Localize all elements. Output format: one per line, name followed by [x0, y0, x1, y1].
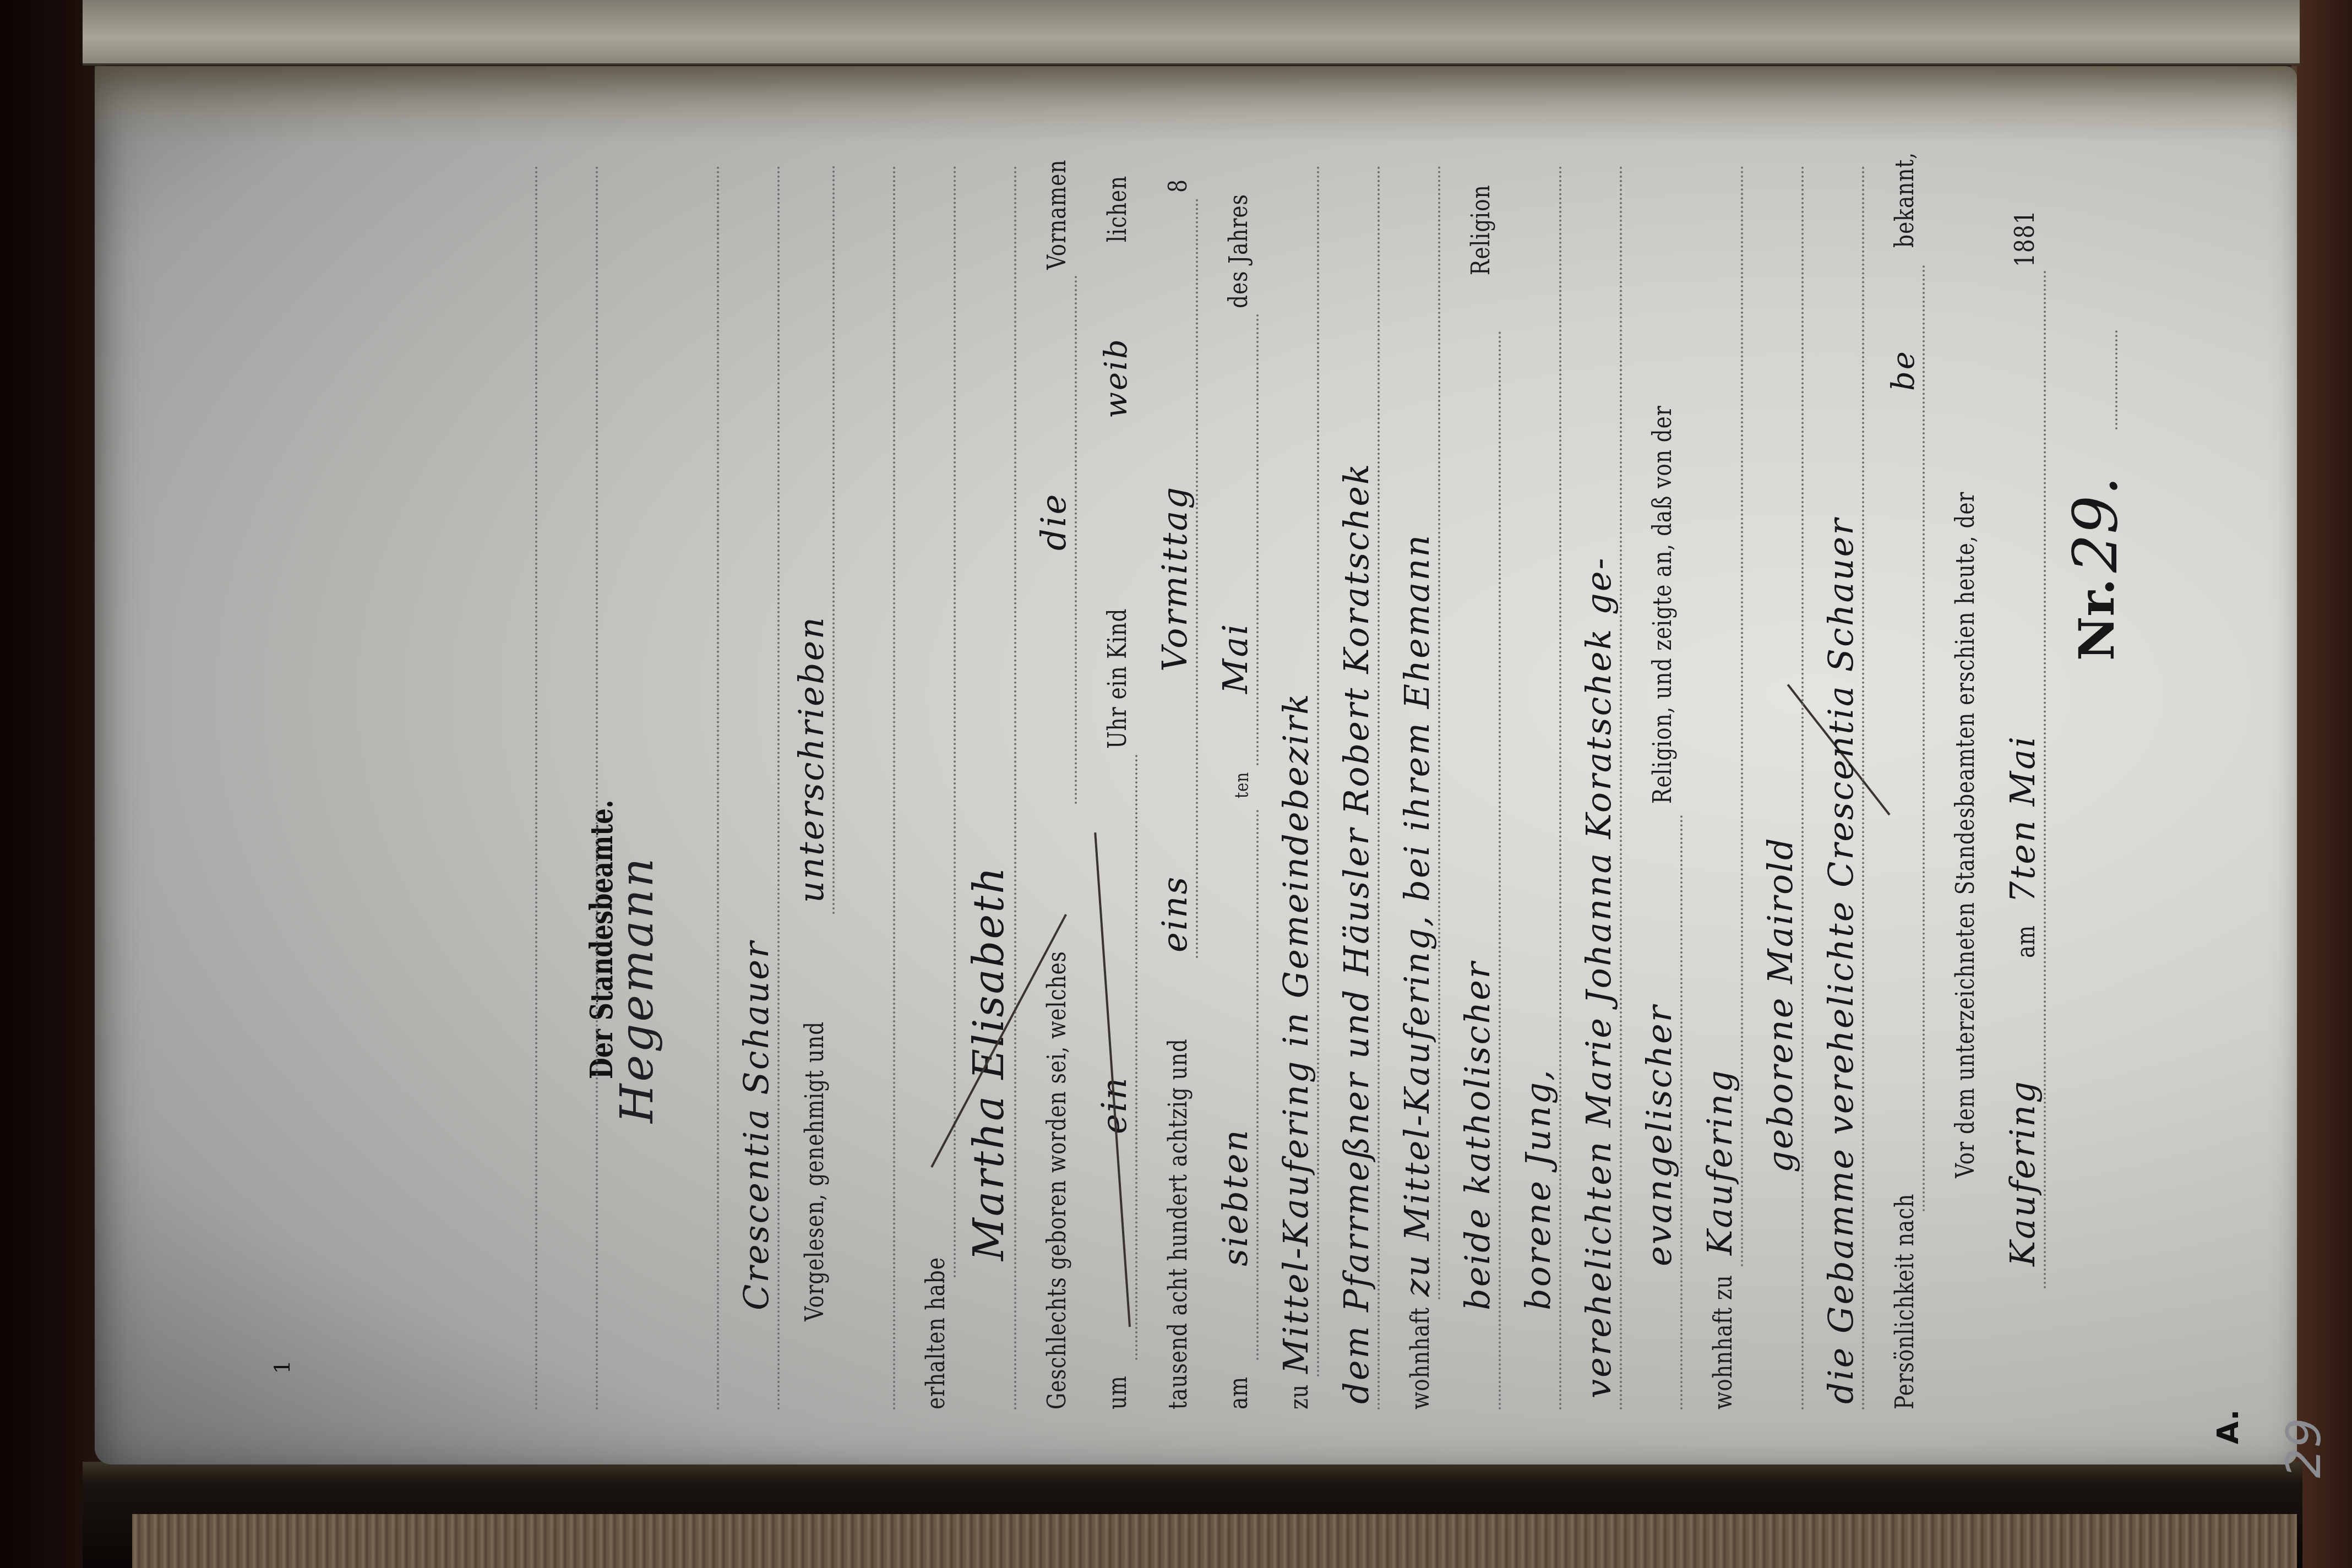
- dotted-line: [1559, 165, 1561, 1409]
- dotted-line: [1256, 314, 1259, 765]
- intro-text: Vor dem unterzeichneten Standesbeamten e…: [1950, 492, 1980, 1178]
- identity-label: Persönlichkeit nach: [1890, 1194, 1919, 1409]
- am-label: am: [1223, 1376, 1253, 1409]
- birth-time-row: um ein Uhr ein Kind weib lichen: [1090, 143, 1145, 1409]
- dotted-line: [1741, 165, 1743, 1266]
- closing-text: Vorgelesen, genehmigt und: [799, 1021, 829, 1321]
- facing-page: [83, 0, 2300, 66]
- date-field: 7ten Mai: [2002, 735, 2043, 903]
- year-field: 1881: [2010, 210, 2040, 267]
- place-field: Kaufering: [2002, 1080, 2043, 1266]
- sex-row: Geschlechts geboren worden sei, welches …: [1030, 143, 1085, 1409]
- dotted-line: [777, 165, 780, 1409]
- child-name-row: Martha Elisabeth: [969, 143, 1024, 1409]
- received-label: erhalten habe: [921, 1257, 950, 1409]
- dotted-line: [832, 165, 835, 914]
- entry-number-value: 29.: [2060, 476, 2131, 573]
- informant-signature-row: Crescentia Schauer: [732, 143, 787, 1409]
- birth-year-suffix: eins: [1155, 875, 1195, 952]
- entry-number-row: Nr. 29.: [2070, 143, 2125, 1409]
- informant-row: die Gebamme verehelichte Crescentia Scha…: [1817, 143, 1872, 1409]
- mother-maiden-row: borene Jung,: [1514, 143, 1569, 1409]
- child-name: Martha Elisabeth: [964, 865, 1013, 1261]
- known-label: bekannt,: [1890, 152, 1919, 248]
- identity-row: Persönlichkeit nach be bekannt,: [1877, 143, 1932, 1409]
- signed-field: unterschrieben: [791, 616, 831, 903]
- dotted-line: [1499, 330, 1501, 1409]
- dotted-line: [893, 165, 895, 1409]
- religion-row: evangelischer Religion, und zeigte an, d…: [1635, 143, 1690, 1409]
- gender-field: weib: [1098, 337, 1134, 418]
- residence-row: wohnhaft zu Kaufering: [1696, 143, 1751, 1409]
- child-label: Uhr ein Kind: [1102, 608, 1132, 749]
- book-cover-left: [0, 0, 105, 1568]
- informant-field: die Gebamme verehelichte Crescentia Scha…: [1821, 517, 1861, 1404]
- mother-row: verehelichten Marie Johanna Koratschek g…: [1575, 143, 1630, 1409]
- dotted-line: [1862, 165, 1864, 1409]
- year-label: des Jahres: [1223, 194, 1253, 308]
- register-entry: Nr. 29. Kaufering am 7ten Mai 1881 Vor d…: [484, 143, 2147, 1409]
- page-number: 1: [270, 1360, 295, 1374]
- entry-number-label: Nr.: [2068, 579, 2125, 661]
- sex-text: Geschlechts geboren worden sei, welches: [1042, 951, 1071, 1409]
- blank-row-4: [490, 143, 545, 1409]
- father-row: dem Pfarrmeßner und Häusler Robert Korat…: [1332, 143, 1387, 1409]
- blank-row: [848, 143, 903, 1409]
- dotted-line: [1317, 165, 1319, 1376]
- intro-row: Vor dem unterzeichneten Standesbeamten e…: [1938, 143, 1993, 1409]
- form-letter: A.: [2211, 1409, 2245, 1444]
- religion-text: Religion, und zeigte an, daß von der: [1647, 405, 1677, 804]
- dotted-line: [2044, 270, 2046, 1288]
- dotted-line: [596, 165, 598, 1409]
- received-row: erhalten habe: [908, 143, 963, 1409]
- closing-row: Vorgelesen, genehmigt und unterschrieben: [787, 143, 842, 1409]
- time-of-day: Vormittag: [1155, 486, 1195, 672]
- gender-suffix: lichen: [1102, 176, 1132, 242]
- zu-label: zu: [1284, 1384, 1314, 1409]
- birth-month: Mai: [1215, 623, 1255, 694]
- registrar-signature: Hegemann: [611, 856, 663, 1123]
- dotted-line: [1075, 275, 1077, 804]
- am-label: am: [2011, 925, 2040, 958]
- father-field: dem Pfarrmeßner und Häusler Robert Korat…: [1336, 462, 1376, 1404]
- religion-label: Religion: [1466, 184, 1495, 275]
- pencil-folio-number: 29: [2277, 1418, 2332, 1478]
- informant-signature: Crescentia Schauer: [736, 940, 776, 1310]
- residence-field: Kaufering: [1700, 1069, 1740, 1255]
- hour-value: 8: [1163, 179, 1193, 193]
- birth-year-row: tausend acht hundert achtzig und eins Vo…: [1151, 143, 1206, 1409]
- dotted-line: [1620, 165, 1622, 1409]
- known-prefix: be: [1886, 350, 1921, 391]
- dotted-line: [954, 165, 956, 1277]
- dotted-line: [1801, 165, 1804, 1409]
- parents-religion-row: beide katholischer Religion: [1453, 143, 1509, 1409]
- dotted-line: [717, 165, 719, 1409]
- dotted-line: [2115, 330, 2117, 429]
- dotted-line: [1135, 754, 1137, 1360]
- dotted-line: [1196, 198, 1198, 958]
- birth-date-row: am siebten ten Mai des Jahres: [1211, 143, 1266, 1409]
- informant-maiden-name: geborene Mairold: [1760, 836, 1800, 1173]
- dotted-line: [1680, 815, 1683, 1409]
- informant-religion: evangelischer: [1639, 1004, 1679, 1266]
- dotted-line: [1256, 809, 1259, 1360]
- birth-day: siebten: [1215, 1128, 1255, 1266]
- dotted-line: [1438, 165, 1440, 1299]
- article-field: die: [1033, 493, 1074, 551]
- um-label: um: [1102, 1375, 1132, 1409]
- given-names-label: Vornamen: [1042, 160, 1071, 270]
- place-date-row: Kaufering am 7ten Mai 1881: [1999, 143, 2054, 1409]
- ten-suffix: ten: [1231, 772, 1253, 798]
- page-stack: [132, 1514, 2297, 1568]
- parents-residence: zu Mittel-Kaufering, bei ihrem Ehemann: [1397, 533, 1437, 1297]
- blank-row-2: [672, 143, 727, 1409]
- residence-label: wohnhaft zu: [1708, 1275, 1738, 1409]
- dotted-line: [1014, 165, 1016, 1409]
- informant-maiden-row: geborene Mairold: [1756, 143, 1811, 1409]
- year-prefix: tausend acht hundert achtzig und: [1163, 1038, 1193, 1409]
- dotted-line: [535, 165, 537, 1409]
- district-field: Mittel-Kaufering in Gemeindebezirk: [1276, 692, 1316, 1374]
- dotted-line: [1923, 264, 1925, 1211]
- blank-row-3: [551, 143, 606, 1409]
- book-cover-right: [2291, 0, 2352, 1568]
- dotted-line: [1378, 165, 1380, 1409]
- wohnhaft-label: wohnhaft: [1405, 1307, 1435, 1409]
- parents-residence-row: wohnhaft zu Mittel-Kaufering, bei ihrem …: [1393, 143, 1448, 1409]
- district-row: zu Mittel-Kaufering in Gemeindebezirk: [1272, 143, 1327, 1409]
- mother-maiden-name: borene Jung,: [1518, 1068, 1558, 1310]
- mother-field: verehelichten Marie Johanna Koratschek g…: [1578, 557, 1619, 1398]
- parents-religion: beide katholischer: [1457, 961, 1498, 1310]
